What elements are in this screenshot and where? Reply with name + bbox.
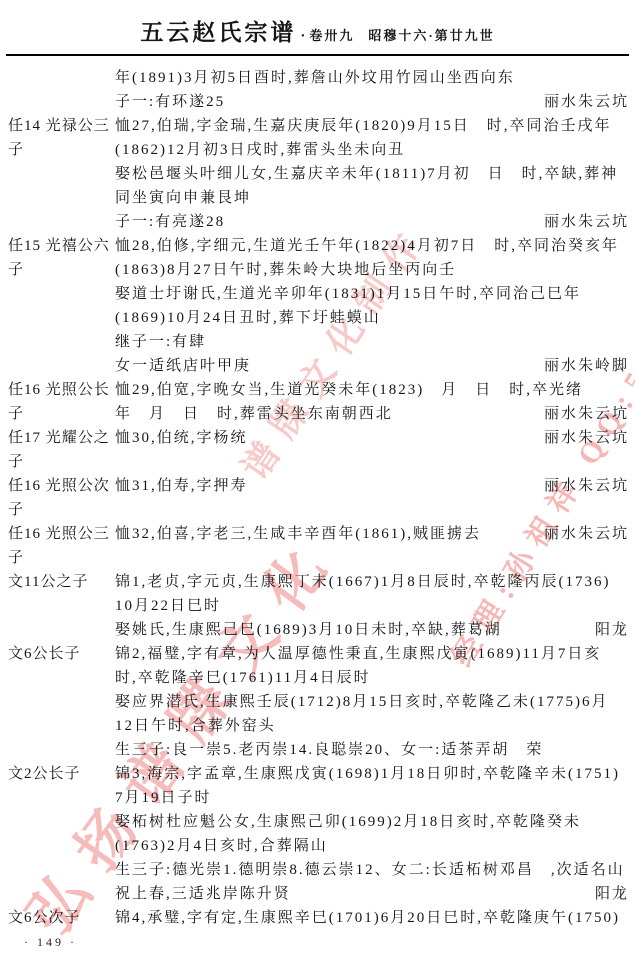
entry-lines: 恤27,伯瑞,字金瑞,生嘉庆庚辰年(1820)9月15日 时,卒同治壬戌年(18… bbox=[115, 114, 629, 234]
genealogy-entry: 任14 光禄公三子 恤27,伯瑞,字金瑞,生嘉庆庚辰年(1820)9月15日 时… bbox=[8, 114, 629, 234]
title-separator-dot: · bbox=[300, 28, 305, 44]
entry-label: 任16 光照公三子 bbox=[8, 522, 115, 570]
place-name: 丽水朱云坑 bbox=[544, 474, 629, 498]
entry-label: 文6公次子 bbox=[8, 906, 115, 930]
entry-line: 锦1,老贞,字元贞,生康熙丁未(1667)1月8日辰时,卒乾隆丙辰(1736) bbox=[115, 570, 629, 594]
entry-line: 恤28,伯修,字细元,生道光壬午年(1822)4月初7日 时,卒同治癸亥年 bbox=[115, 234, 629, 258]
entry-lines: 锦1,老贞,字元贞,生康熙丁未(1667)1月8日辰时,卒乾隆丙辰(1736)1… bbox=[115, 570, 629, 642]
entry-lines: 恤29,伯宽,字晚女当,生道光癸未年(1823) 月 日 时,卒光绪丽水朱云坑年… bbox=[115, 378, 629, 426]
entry-line: (1862)12月初3日戌时,葬雷头坐未向丑 bbox=[115, 138, 629, 162]
genealogy-entry: 文6公次子 锦4,承璧,字有定,生康熙辛巳(1701)6月20日巳时,卒乾隆庚午… bbox=[8, 906, 629, 930]
entry-line: 丽水朱岭脚女一适纸店叶甲庚 bbox=[115, 354, 629, 378]
entry-label: 文11公之子 bbox=[8, 570, 115, 594]
entry-lines: 丽水朱云坑恤30,伯统,字杨统 bbox=[115, 426, 629, 450]
volume-label: 卷卅九 bbox=[309, 28, 354, 43]
entries-list: 年(1891)3月初5日酉时,葬詹山外坟用竹园山坐西向东 丽水朱云坑子一:有环遂… bbox=[0, 56, 635, 930]
entry-line: 12日午时,合葬外窑头 bbox=[115, 714, 629, 738]
entry-lines: 恤28,伯修,字细元,生道光壬午年(1822)4月初7日 时,卒同治癸亥年(18… bbox=[115, 234, 629, 378]
entry-text: 10月22日巳时 bbox=[115, 598, 221, 614]
entry-text: 生三子:德光崇1.德明崇8.德云崇12、女二:长适柘树邓昌 ,次适名山 bbox=[115, 862, 625, 878]
page-header: 五云赵氏宗谱·卷卅九昭穆十六·第廿九世 bbox=[0, 0, 635, 47]
entry-line: 同坐寅向申兼艮坤 bbox=[115, 186, 629, 210]
entry-line: (1763)2月4日亥时,合葬隔山 bbox=[115, 834, 629, 858]
entry-lines: 丽水朱云坑恤31,伯寿,字押寿 bbox=[115, 474, 629, 498]
genealogy-page: 弘扬谱牒文化 谱牒文化制作 经理:孙祖祥 QQ:55947599 五云赵氏宗谱·… bbox=[0, 0, 635, 968]
entry-text: 12日午时,合葬外窑头 bbox=[115, 718, 276, 734]
entry-label: 任16 光照公长子 bbox=[8, 378, 115, 426]
entry-lines: 锦2,福璧,字有章,为人温厚德性秉直,生康熙戊寅(1689)11月7日亥时,卒乾… bbox=[115, 642, 629, 762]
entry-line: 娶松邑堰头叶细儿女,生嘉庆辛未年(1811)7月初 日 时,卒缺,葬神 bbox=[115, 162, 629, 186]
place-name: 丽水朱云坑 bbox=[544, 426, 629, 450]
entry-label: 文6公长子 bbox=[8, 642, 115, 666]
generation-subtitle: 昭穆十六·第廿九世 bbox=[368, 28, 494, 43]
entry-text: 继子一:有肆 bbox=[115, 334, 206, 350]
entry-line: 恤27,伯瑞,字金瑞,生嘉庆庚辰年(1820)9月15日 时,卒同治壬戌年 bbox=[115, 114, 629, 138]
entry-line: 娶道士圩谢氏,生道光辛卯年(1831)1月15日午时,卒同治己巳年 bbox=[115, 282, 629, 306]
entry-text: (1763)2月4日亥时,合葬隔山 bbox=[115, 838, 328, 854]
genealogy-entry: 任16 光照公三子 丽水朱云坑恤32,伯喜,字老三,生咸丰辛酉年(1861),贼… bbox=[8, 522, 629, 570]
entry-line: 丽水朱云坑恤32,伯喜,字老三,生咸丰辛酉年(1861),贼匪掳去 bbox=[115, 522, 629, 546]
entry-text: 恤27,伯瑞,字金瑞,生嘉庆庚辰年(1820)9月15日 时,卒同治壬戌年 bbox=[115, 118, 612, 134]
entry-lines: 锦3,海宗,字孟章,生康熙戊寅(1698)1月18日卯时,卒乾隆辛未(1751)… bbox=[115, 762, 629, 906]
entry-line: 7月19日子时 bbox=[115, 786, 629, 810]
entry-text: 恤30,伯统,字杨统 bbox=[115, 430, 248, 446]
entry-text: 娶姚氏,生康熙己巳(1689)3月10日未时,卒缺,葬葛湖 bbox=[115, 622, 502, 638]
place-name: 丽水朱云坑 bbox=[544, 522, 629, 546]
entry-text: 恤32,伯喜,字老三,生咸丰辛酉年(1861),贼匪掳去 bbox=[115, 526, 481, 542]
entry-text: 锦3,海宗,字孟章,生康熙戊寅(1698)1月18日卯时,卒乾隆辛未(1751) bbox=[115, 766, 620, 782]
entry-text: 年 月 日 时,葬雷头坐东南朝西北 bbox=[115, 406, 393, 422]
entry-text: 子一:有亮遂28 bbox=[115, 214, 225, 230]
genealogy-entry: 任16 光照公次子 丽水朱云坑恤31,伯寿,字押寿 bbox=[8, 474, 629, 522]
genealogy-entry: 丽水朱云坑子一:有环遂25 bbox=[8, 90, 629, 114]
entry-line: 生三子:良一崇5.老丙崇14.良聪崇20、女一:适茶弄胡 荣 bbox=[115, 738, 629, 762]
entry-text: 女一适纸店叶甲庚 bbox=[115, 358, 251, 374]
genealogy-entry: 任17 光耀公之子 丽水朱云坑恤30,伯统,字杨统 bbox=[8, 426, 629, 474]
entry-label: 任14 光禄公三子 bbox=[8, 114, 115, 162]
place-name: 丽水朱岭脚 bbox=[544, 354, 629, 378]
entry-text: 祝上春,三适兆岸陈升贤 bbox=[115, 886, 291, 902]
entry-lines: 锦4,承璧,字有定,生康熙辛巳(1701)6月20日巳时,卒乾隆庚午(1750) bbox=[115, 906, 629, 930]
genealogy-entry: 任15 光禧公六子 恤28,伯修,字细元,生道光壬午年(1822)4月初7日 时… bbox=[8, 234, 629, 378]
entry-line: 生三子:德光崇1.德明崇8.德云崇12、女二:长适柘树邓昌 ,次适名山 bbox=[115, 858, 629, 882]
entry-line: 继子一:有肆 bbox=[115, 330, 629, 354]
place-name: 丽水朱云坑 bbox=[544, 402, 629, 426]
page-number: · 149 · bbox=[24, 935, 77, 950]
entry-line: 娶应界潜氏,生康熙壬辰(1712)8月15日亥时,卒乾隆乙未(1775)6月 bbox=[115, 690, 629, 714]
entry-text: (1869)10月24日丑时,葬下圩蛙蟆山 bbox=[115, 310, 381, 326]
entry-lines: 丽水朱云坑恤32,伯喜,字老三,生咸丰辛酉年(1861),贼匪掳去 bbox=[115, 522, 629, 546]
entry-line: 娶柘树杜应魁公女,生康熙己卯(1699)2月18日亥时,卒乾隆癸未 bbox=[115, 810, 629, 834]
entry-line: 锦3,海宗,字孟章,生康熙戊寅(1698)1月18日卯时,卒乾隆辛未(1751) bbox=[115, 762, 629, 786]
entry-text: 恤28,伯修,字细元,生道光壬午年(1822)4月初7日 时,卒同治癸亥年 bbox=[115, 238, 619, 254]
entry-text: 时,卒乾隆辛巳(1761)11月4日辰时 bbox=[115, 670, 371, 686]
entry-line: 锦4,承璧,字有定,生康熙辛巳(1701)6月20日巳时,卒乾隆庚午(1750) bbox=[115, 906, 629, 930]
entry-line: 丽水朱云坑年 月 日 时,葬雷头坐东南朝西北 bbox=[115, 402, 629, 426]
entry-line: (1863)8月27日午时,葬朱岭大块地后坐丙向壬 bbox=[115, 258, 629, 282]
entry-text: 同坐寅向申兼艮坤 bbox=[115, 190, 251, 206]
entry-label: 文2公长子 bbox=[8, 762, 115, 786]
genealogy-entry: 文6公长子 锦2,福璧,字有章,为人温厚德性秉直,生康熙戊寅(1689)11月7… bbox=[8, 642, 629, 762]
entry-text: 锦2,福璧,字有章,为人温厚德性秉直,生康熙戊寅(1689)11月7日亥 bbox=[115, 646, 601, 662]
entry-label: 任17 光耀公之子 bbox=[8, 426, 115, 474]
entry-line: 丽水朱云坑子一:有环遂25 bbox=[115, 90, 629, 114]
entry-line: 丽水朱云坑子一:有亮遂28 bbox=[115, 210, 629, 234]
entry-text: 生三子:良一崇5.老丙崇14.良聪崇20、女一:适茶弄胡 荣 bbox=[115, 742, 543, 758]
entry-text: 娶柘树杜应魁公女,生康熙己卯(1699)2月18日亥时,卒乾隆癸未 bbox=[115, 814, 581, 830]
genealogy-entry: 文2公长子 锦3,海宗,字孟章,生康熙戊寅(1698)1月18日卯时,卒乾隆辛未… bbox=[8, 762, 629, 906]
entry-text: 娶道士圩谢氏,生道光辛卯年(1831)1月15日午时,卒同治己巳年 bbox=[115, 286, 581, 302]
entry-line: 恤29,伯宽,字晚女当,生道光癸未年(1823) 月 日 时,卒光绪 bbox=[115, 378, 629, 402]
entry-text: 锦1,老贞,字元贞,生康熙丁未(1667)1月8日辰时,卒乾隆丙辰(1736) bbox=[115, 574, 610, 590]
entry-lines: 丽水朱云坑子一:有环遂25 bbox=[115, 90, 629, 114]
entry-line: 年(1891)3月初5日酉时,葬詹山外坟用竹园山坐西向东 bbox=[115, 66, 629, 90]
genealogy-entry: 年(1891)3月初5日酉时,葬詹山外坟用竹园山坐西向东 bbox=[8, 66, 629, 90]
entry-text: 年(1891)3月初5日酉时,葬詹山外坟用竹园山坐西向东 bbox=[115, 70, 515, 86]
place-name: 丽水朱云坑 bbox=[544, 210, 629, 234]
entry-line: 阳龙祝上春,三适兆岸陈升贤 bbox=[115, 882, 629, 906]
entry-line: 丽水朱云坑恤30,伯统,字杨统 bbox=[115, 426, 629, 450]
entry-line: 阳龙娶姚氏,生康熙己巳(1689)3月10日未时,卒缺,葬葛湖 bbox=[115, 618, 629, 642]
entry-text: 娶松邑堰头叶细儿女,生嘉庆辛未年(1811)7月初 日 时,卒缺,葬神 bbox=[115, 166, 618, 182]
place-name: 阳龙 bbox=[595, 882, 629, 906]
entry-line: 丽水朱云坑恤31,伯寿,字押寿 bbox=[115, 474, 629, 498]
entry-line: 锦2,福璧,字有章,为人温厚德性秉直,生康熙戊寅(1689)11月7日亥 bbox=[115, 642, 629, 666]
entry-line: 时,卒乾隆辛巳(1761)11月4日辰时 bbox=[115, 666, 629, 690]
entry-text: 锦4,承璧,字有定,生康熙辛巳(1701)6月20日巳时,卒乾隆庚午(1750) bbox=[115, 910, 620, 926]
entry-label: 任15 光禧公六子 bbox=[8, 234, 115, 282]
place-name: 丽水朱云坑 bbox=[544, 90, 629, 114]
genealogy-entry: 文11公之子 锦1,老贞,字元贞,生康熙丁未(1667)1月8日辰时,卒乾隆丙辰… bbox=[8, 570, 629, 642]
entry-text: 娶应界潜氏,生康熙壬辰(1712)8月15日亥时,卒乾隆乙未(1775)6月 bbox=[115, 694, 608, 710]
entry-text: 恤31,伯寿,字押寿 bbox=[115, 478, 248, 494]
entry-lines: 年(1891)3月初5日酉时,葬詹山外坟用竹园山坐西向东 bbox=[115, 66, 629, 90]
entry-text: 子一:有环遂25 bbox=[115, 94, 225, 110]
place-name: 阳龙 bbox=[595, 618, 629, 642]
entry-line: (1869)10月24日丑时,葬下圩蛙蟆山 bbox=[115, 306, 629, 330]
entry-text: 恤29,伯宽,字晚女当,生道光癸未年(1823) 月 日 时,卒光绪 bbox=[115, 382, 583, 398]
book-title: 五云赵氏宗谱 bbox=[140, 20, 296, 45]
entry-text: 7月19日子时 bbox=[115, 790, 212, 806]
entry-text: (1863)8月27日午时,葬朱岭大块地后坐丙向壬 bbox=[115, 262, 456, 278]
genealogy-entry: 任16 光照公长子 恤29,伯宽,字晚女当,生道光癸未年(1823) 月 日 时… bbox=[8, 378, 629, 426]
entry-label: 任16 光照公次子 bbox=[8, 474, 115, 522]
entry-line: 10月22日巳时 bbox=[115, 594, 629, 618]
entry-text: (1862)12月初3日戌时,葬雷头坐未向丑 bbox=[115, 142, 405, 158]
